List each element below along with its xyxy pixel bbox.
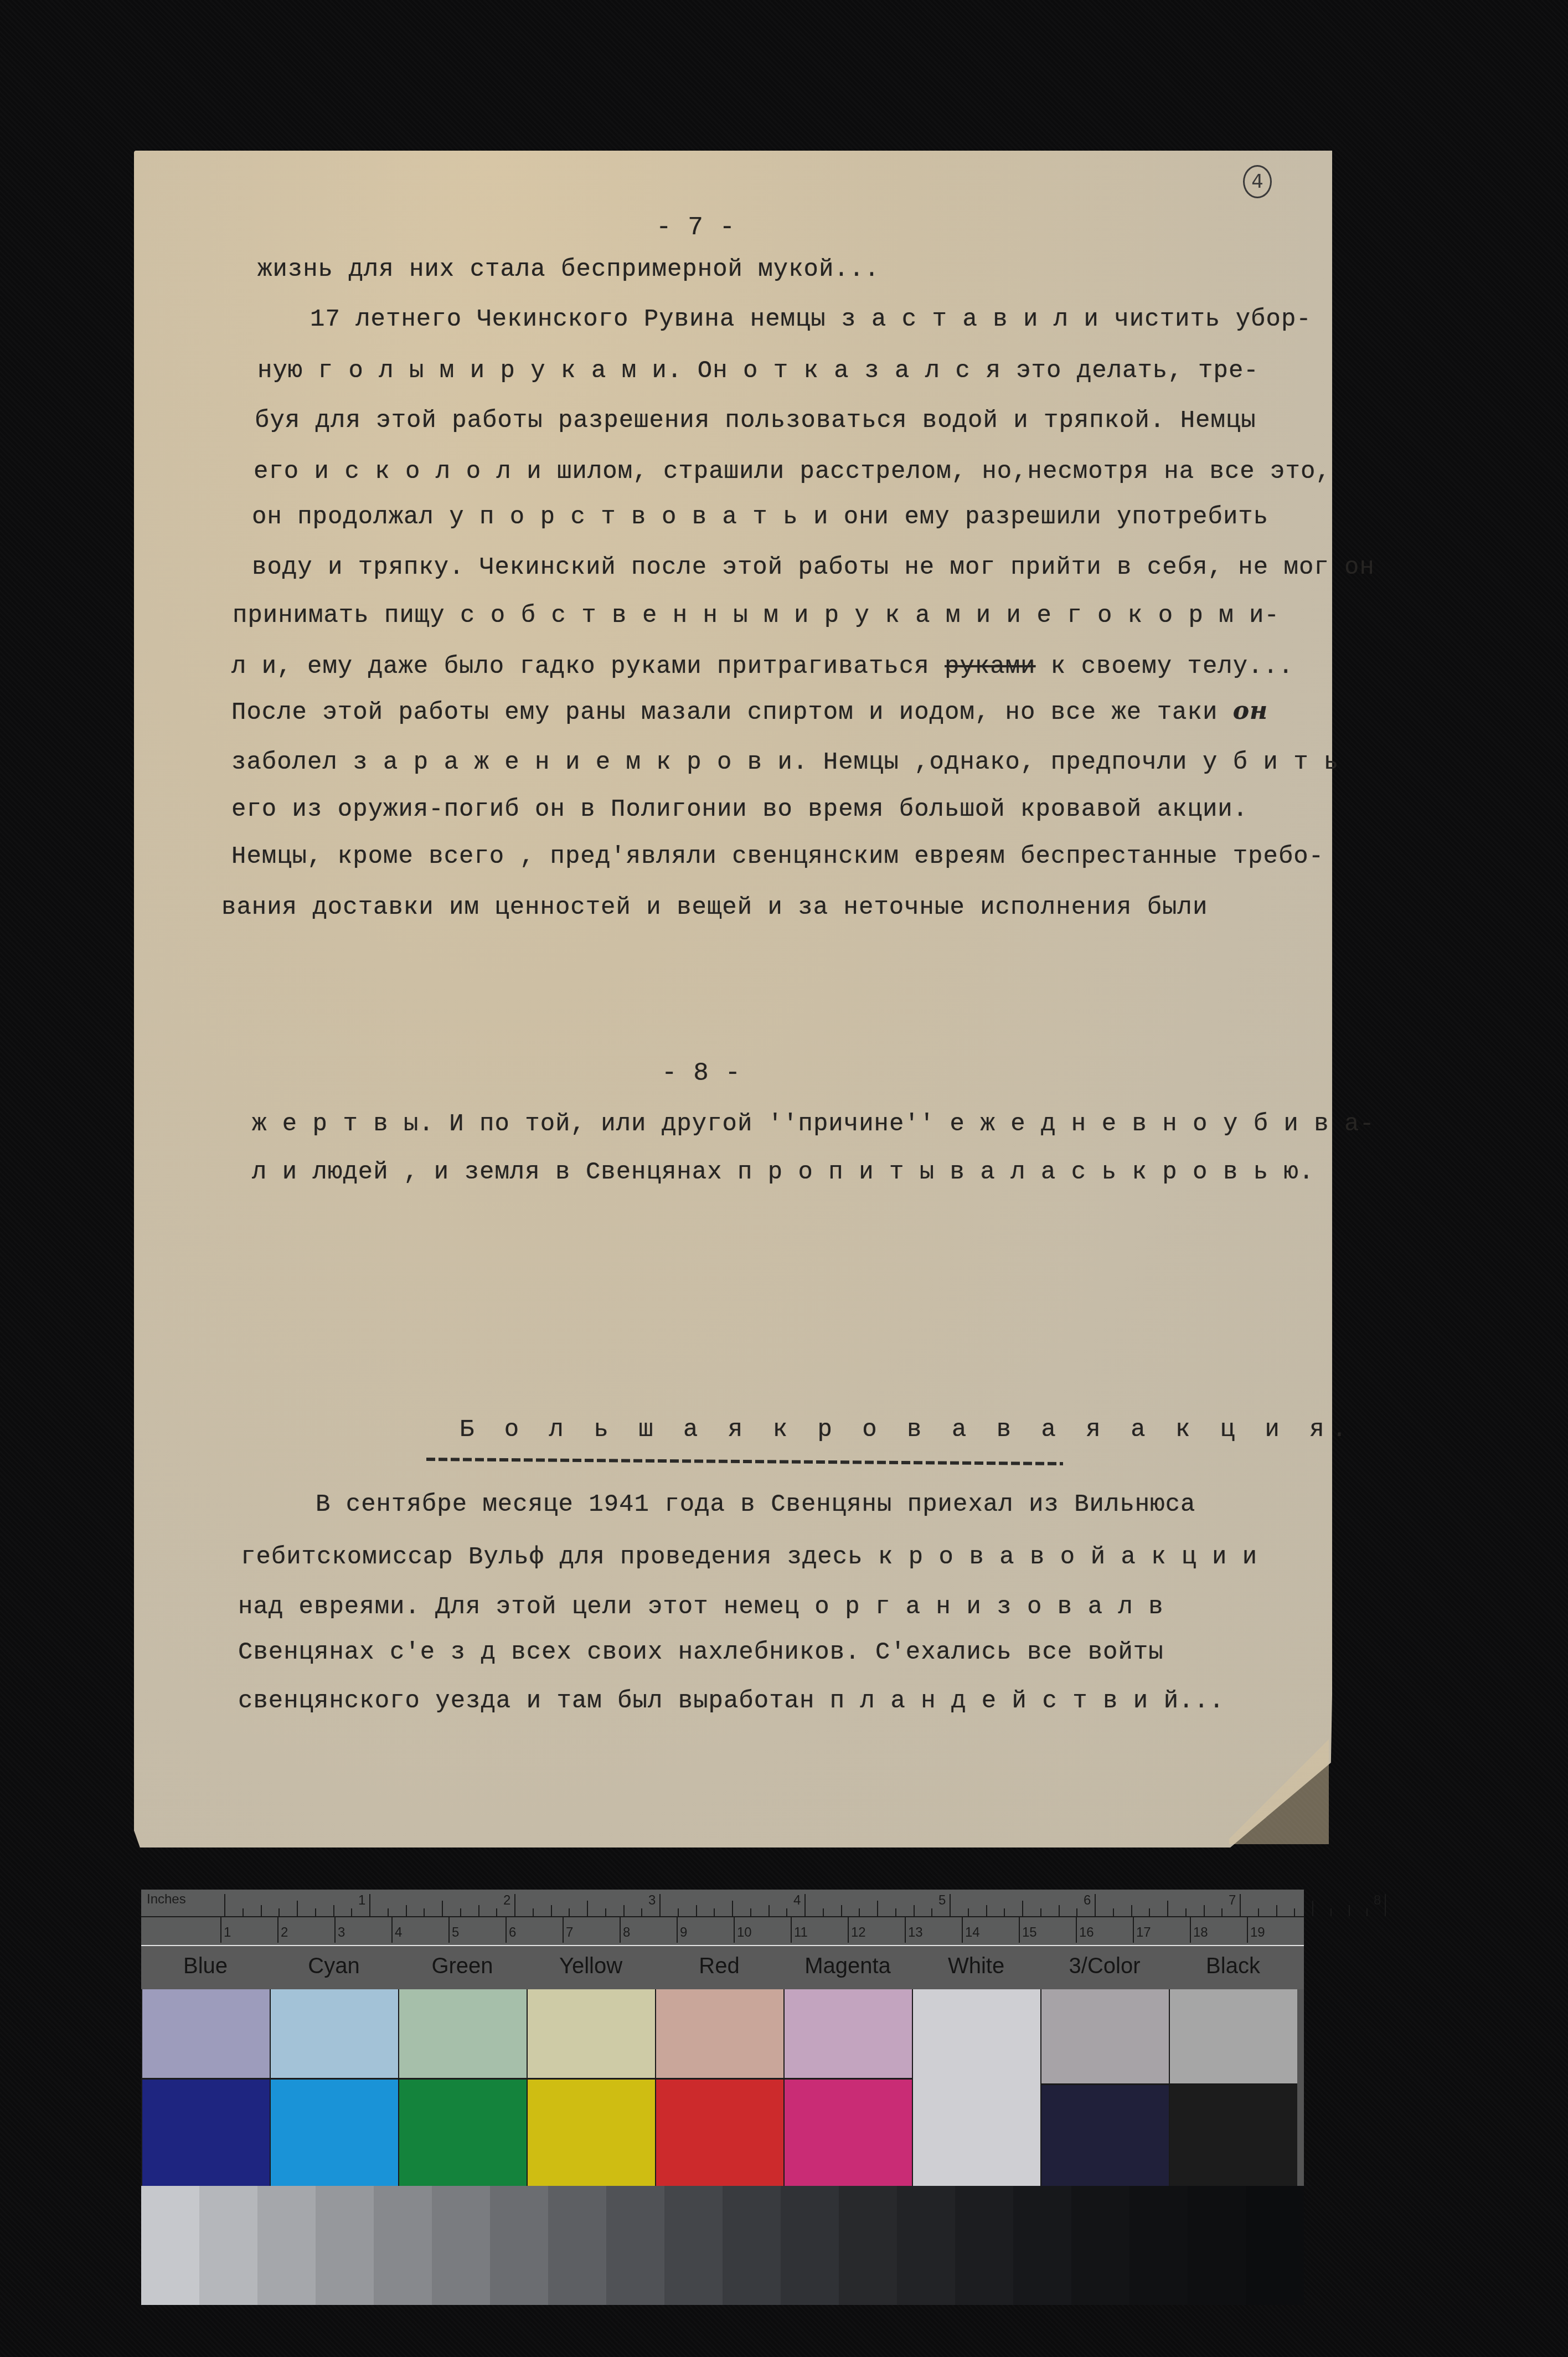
ruler-tick: [1149, 1908, 1150, 1916]
cm-label: 7: [566, 1925, 573, 1941]
ruler-tick: [714, 1908, 715, 1916]
grayscale-step: [723, 2186, 781, 2305]
struck-out-word: руками: [945, 653, 1035, 681]
ruler-tick: [1330, 1908, 1332, 1916]
ruler-tick: [768, 1905, 770, 1916]
ruler-tick: [623, 1905, 625, 1916]
ruler-tick: [1076, 1908, 1077, 1916]
cm-label: 1: [224, 1925, 231, 1941]
ruler-tick: [1240, 1894, 1241, 1916]
cm-tick: [734, 1917, 735, 1943]
ruler-tick: [496, 1908, 497, 1916]
ruler-tick: [551, 1905, 552, 1916]
ruler-tick: [895, 1908, 896, 1916]
cm-tick: [277, 1917, 278, 1943]
ruler-tick: [1131, 1905, 1132, 1916]
text-line-with-correction: л и, ему даже было гадко руками притраги…: [231, 655, 1293, 679]
ruler-tick: [1204, 1905, 1205, 1916]
ruler-tick: [351, 1908, 352, 1916]
patch-magenta-light: [783, 1989, 912, 2078]
cm-tick: [448, 1917, 450, 1943]
color-calibration-target: Inches 12345678 123456789101112131415161…: [141, 1890, 1304, 2305]
cm-label: 8: [623, 1925, 630, 1941]
inch-label: 2: [503, 1893, 510, 1908]
ruler-tick: [1294, 1908, 1295, 1916]
cm-tick: [506, 1917, 507, 1943]
patch-label-yellow: Yellow: [527, 1954, 655, 1979]
text-line: заболел з а р а ж е н и е м к р о в и. Н…: [231, 750, 1339, 775]
cm-label: 4: [395, 1925, 402, 1941]
cm-label: 18: [1193, 1925, 1208, 1941]
text-line: Немцы, кроме всего , пред'являли свенцян…: [231, 845, 1324, 869]
patch-white: [912, 1989, 1040, 2186]
grayscale-step: [897, 2186, 955, 2305]
cm-label: 11: [794, 1925, 808, 1941]
ruler-tick: [696, 1905, 697, 1916]
ruler-tick: [388, 1908, 389, 1916]
ruler-tick: [1366, 1908, 1368, 1916]
cm-tick: [962, 1917, 963, 1943]
ruler-divider: [141, 1916, 1304, 1917]
cm-tick: [848, 1917, 849, 1943]
text-line-with-insertion: После этой работы ему раны мазали спирто…: [231, 699, 1268, 725]
ruler-unit-label: Inches: [147, 1892, 186, 1907]
cm-tick: [791, 1917, 792, 1943]
ruler-tick: [460, 1908, 461, 1916]
ruler-tick: [478, 1905, 479, 1916]
ruler-tick: [1258, 1908, 1259, 1916]
cm-label: 13: [908, 1925, 923, 1941]
ruler-tick: [950, 1894, 951, 1916]
ruler-tick: [315, 1908, 316, 1916]
ruler-tick: [1004, 1908, 1005, 1916]
inch-label: 3: [648, 1893, 656, 1908]
grayscale-step: [1013, 2186, 1071, 2305]
cm-label: 14: [965, 1925, 980, 1941]
grayscale-step: [781, 2186, 839, 2305]
patch-blue-dark: [141, 2078, 270, 2186]
text-segment: к своему телу...: [1035, 653, 1293, 681]
grayscale-step: [199, 2186, 257, 2305]
cm-tick: [1019, 1917, 1020, 1943]
text-line: над евреями. Для этой цели этот немец о …: [238, 1595, 1164, 1619]
patch-label-row: Blue Cyan Green Yellow Red Magenta White…: [141, 1946, 1304, 1989]
ruler-tick: [841, 1905, 842, 1916]
patch-black-dark: [1169, 2083, 1297, 2186]
patch-green-dark: [398, 2078, 527, 2186]
cm-label: 12: [851, 1925, 866, 1941]
ruler-tick: [587, 1901, 588, 1916]
ruler-tick: [914, 1905, 915, 1916]
text-line: ную г о л ы м и р у к а м и. Он о т к а …: [257, 359, 1259, 383]
ruler-tick: [1276, 1905, 1277, 1916]
ruler-tick: [278, 1908, 280, 1916]
text-line: вания доставки им ценностей и вещей и за…: [221, 896, 1208, 920]
ruler-tick: [659, 1894, 661, 1916]
cm-tick: [620, 1917, 621, 1943]
cm-label: 15: [1022, 1925, 1037, 1941]
patch-cyan-dark: [270, 2078, 398, 2186]
text-line: свенцянского уезда и там был выработан п…: [238, 1689, 1224, 1713]
ruler-tick: [1040, 1908, 1041, 1916]
inch-label: 6: [1084, 1893, 1091, 1908]
grayscale-step: [548, 2186, 606, 2305]
ruler-tick: [1312, 1901, 1313, 1916]
grayscale-step: [432, 2186, 490, 2305]
cm-tick: [1190, 1917, 1191, 1943]
folio-number-text: 4: [1251, 171, 1263, 193]
cm-label: 16: [1079, 1925, 1094, 1941]
ruler-tick: [641, 1908, 642, 1916]
ruler-tick: [569, 1908, 570, 1916]
text-line: жизнь для них стала беспримерной мукой..…: [257, 258, 880, 282]
grayscale-step: [1188, 2186, 1246, 2305]
text-line: воду и тряпку. Чекинский после этой рабо…: [252, 555, 1375, 580]
cm-label: 3: [338, 1925, 345, 1941]
text-line: принимать пищу с о б с т в е н н ы м и р…: [233, 604, 1280, 628]
grayscale-step: [1071, 2186, 1129, 2305]
cm-tick: [677, 1917, 678, 1943]
text-line: Свенцянах с'е з д всех своих нахлебников…: [238, 1640, 1164, 1665]
section-heading: Б о л ь ш а я к р о в а в а я а к ц и я.: [460, 1418, 1354, 1442]
patch-magenta-dark: [783, 2078, 912, 2186]
ruler-tick: [243, 1908, 244, 1916]
patch-yellow-light: [527, 1989, 655, 2078]
patch-blue-light: [141, 1989, 270, 2078]
folded-corner: [1229, 1733, 1329, 1844]
ruler-tick: [333, 1905, 334, 1916]
text-line: В сентябре месяце 1941 года в Свенцяны п…: [316, 1493, 1195, 1517]
ruler-tick: [859, 1908, 860, 1916]
patch-3color-dark: [1040, 2083, 1169, 2186]
patch-red-light: [655, 1989, 783, 2078]
inch-label: 5: [938, 1893, 946, 1908]
cm-label: 17: [1136, 1925, 1151, 1941]
grayscale-step: [664, 2186, 723, 2305]
ruler-tick: [605, 1908, 606, 1916]
ruler-tick: [1385, 1894, 1386, 1916]
cm-label: 10: [737, 1925, 752, 1941]
page-number-8: - 8 -: [662, 1061, 741, 1086]
patch-label-magenta: Magenta: [783, 1954, 912, 1979]
color-patches: [141, 1989, 1304, 2186]
patch-black-light: [1169, 1989, 1297, 2083]
ruler-tick: [823, 1908, 824, 1916]
text-line: ж е р т в ы. И по той, или другой ''прич…: [252, 1112, 1375, 1136]
ruler-tick: [406, 1905, 407, 1916]
ruler-tick: [514, 1894, 515, 1916]
ruler-tick: [786, 1908, 787, 1916]
patch-cyan-light: [270, 1989, 398, 2078]
ruler-tick: [261, 1905, 262, 1916]
cm-tick: [1133, 1917, 1134, 1943]
grayscale-step: [316, 2186, 374, 2305]
patch-label-red: Red: [655, 1954, 783, 1979]
ruler-tick: [931, 1908, 932, 1916]
cm-tick: [334, 1917, 336, 1943]
patch-label-black: Black: [1169, 1954, 1297, 1979]
grayscale-step: [1246, 2186, 1304, 2305]
cm-tick: [391, 1917, 393, 1943]
grayscale-strip: [141, 2186, 1304, 2305]
text-line: он продолжал у п о р с т в о в а т ь и о…: [252, 505, 1268, 529]
grayscale-step: [839, 2186, 897, 2305]
text-line: гебитскомиссар Вульф для проведения здес…: [241, 1545, 1257, 1569]
ruler-tick: [804, 1894, 806, 1916]
inch-label: 4: [793, 1893, 801, 1908]
ruler-tick: [1349, 1905, 1350, 1916]
patch-label-cyan: Cyan: [270, 1954, 398, 1979]
patch-label-3color: 3/Color: [1040, 1954, 1169, 1979]
patch-label-white: White: [912, 1954, 1040, 1979]
handwritten-insertion: он: [1233, 697, 1268, 725]
ruler-tick: [678, 1908, 679, 1916]
page-number-7: - 7 -: [656, 215, 735, 240]
patch-yellow-dark: [527, 2078, 655, 2186]
cm-tick: [220, 1917, 221, 1943]
text-line: его из оружия-погиб он в Полигонии во вр…: [231, 797, 1248, 822]
grayscale-step: [257, 2186, 316, 2305]
ruler-tick: [442, 1901, 443, 1916]
inch-label: 7: [1229, 1893, 1236, 1908]
grayscale-step: [1129, 2186, 1188, 2305]
patch-green-light: [398, 1989, 527, 2078]
ruler-tick: [1167, 1901, 1168, 1916]
ruler-tick: [297, 1901, 298, 1916]
ruler-tick: [986, 1905, 987, 1916]
text-line: буя для этой работы разрешения пользоват…: [255, 409, 1256, 433]
ruler-tick: [1185, 1908, 1187, 1916]
cm-label: 9: [680, 1925, 687, 1941]
text-line: его и с к о л о л и шилом, страшили расс…: [254, 460, 1331, 484]
cm-label: 2: [281, 1925, 288, 1941]
grayscale-step: [606, 2186, 664, 2305]
patch-label-green: Green: [398, 1954, 527, 1979]
inch-label: 1: [358, 1893, 365, 1908]
ruler-tick: [1095, 1894, 1096, 1916]
archive-folio-number: 4: [1243, 165, 1272, 198]
grayscale-step: [141, 2186, 199, 2305]
cm-tick: [905, 1917, 906, 1943]
cm-tick: [1076, 1917, 1077, 1943]
text-line: л и людей , и земля в Свенцянах п р о п …: [252, 1160, 1314, 1185]
grayscale-step: [955, 2186, 1013, 2305]
ruler: Inches 12345678 123456789101112131415161…: [141, 1890, 1304, 1946]
cm-label: 19: [1250, 1925, 1265, 1941]
patch-label-blue: Blue: [141, 1954, 270, 1979]
ruler-tick: [424, 1908, 425, 1916]
text-segment: л и, ему даже было гадко руками притраги…: [231, 653, 930, 681]
ruler-tick: [968, 1908, 969, 1916]
grayscale-step: [374, 2186, 432, 2305]
ruler-tick: [1059, 1905, 1060, 1916]
ruler-tick: [1113, 1908, 1114, 1916]
ruler-tick: [732, 1901, 733, 1916]
cm-label: 5: [452, 1925, 459, 1941]
patch-red-dark: [655, 2078, 783, 2186]
text-line: 17 летнего Чекинского Рувина немцы з а с…: [310, 307, 1312, 332]
cm-tick: [1247, 1917, 1248, 1943]
ruler-tick: [750, 1908, 751, 1916]
ruler-tick: [877, 1901, 878, 1916]
text-segment: После этой работы ему раны мазали спирто…: [231, 699, 1218, 727]
cm-tick: [563, 1917, 564, 1943]
ruler-tick: [369, 1894, 370, 1916]
ruler-tick: [1022, 1901, 1023, 1916]
ruler-tick: [224, 1894, 225, 1916]
patch-3color-light: [1040, 1989, 1169, 2083]
ruler-tick: [533, 1908, 534, 1916]
ruler-tick: [1221, 1908, 1223, 1916]
grayscale-step: [490, 2186, 548, 2305]
inch-label: 8: [1374, 1893, 1381, 1908]
cm-label: 6: [509, 1925, 516, 1941]
